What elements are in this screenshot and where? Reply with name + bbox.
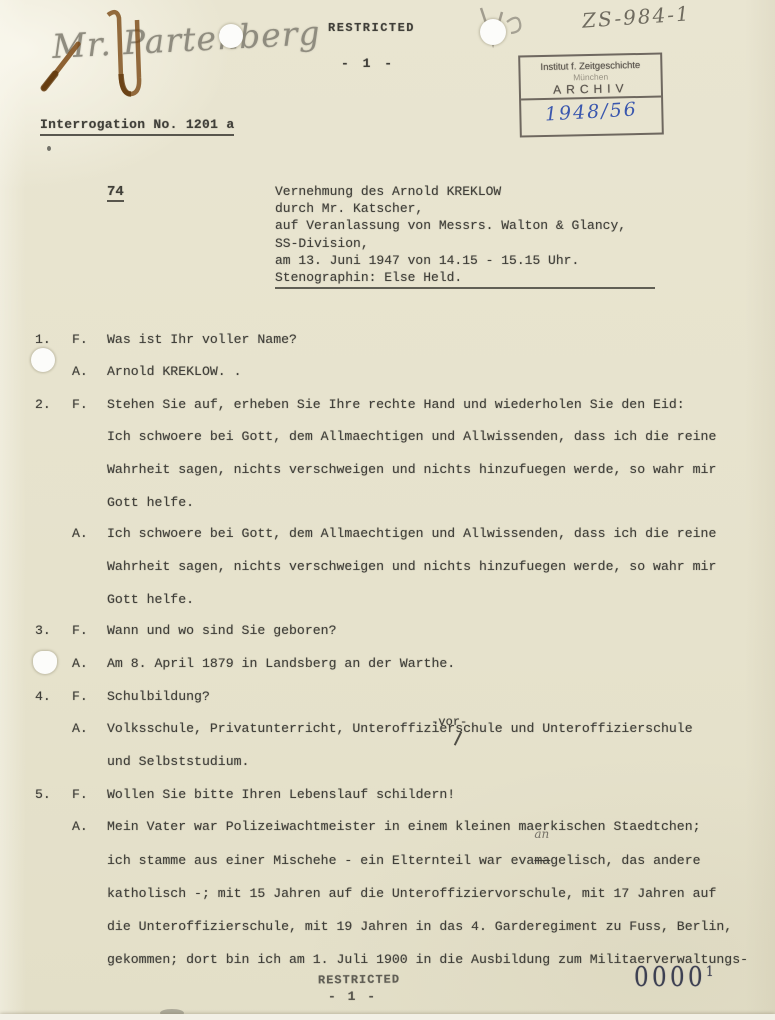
classification-top: RESTRICTED	[328, 21, 415, 35]
hole-punch	[33, 651, 57, 674]
header-line-subject: Vernehmung des Arnold KREKLOW	[275, 183, 655, 200]
page-number-bottom: - 1 -	[328, 989, 377, 1004]
text-segment: gelisch, das andere	[550, 853, 700, 868]
text-segment: schule und Unteroffizierschule	[455, 721, 692, 736]
header-line-datetime: am 13. Juni 1947 von 14.15 - 15.15 Uhr.	[275, 252, 655, 269]
typed-insertion-vor: -vor-	[431, 715, 467, 729]
text-segment: ich stamme aus einer Mischehe - ein Elte…	[107, 853, 534, 868]
pencil-correction-an: an	[534, 827, 549, 841]
ink-speck	[47, 146, 51, 151]
scan-bottom-edge	[0, 1014, 775, 1020]
hole-punch	[219, 24, 243, 48]
document-page: Mr. Partenberg RESTRICTED - 1 - ZS-984-1…	[0, 0, 775, 1020]
header-line-stenographer: Stenographin: Else Held.	[275, 269, 655, 289]
document-title: Interrogation No. 1201 a	[40, 117, 234, 136]
text-segment: Volksschule, Privatunterricht, Unteroffi…	[107, 721, 455, 736]
serial-number-stamp: 00001	[634, 962, 714, 993]
exhibit-number: 74	[107, 184, 124, 202]
header-line-requested-by: auf Veranlassung von Messrs. Walton & Gl…	[275, 217, 655, 234]
struck-letters: ma	[534, 853, 550, 868]
archive-stamp-archiv: ARCHIV	[521, 81, 661, 98]
handwritten-file-reference: ZS-984-1	[581, 1, 691, 33]
hole-punch	[31, 348, 55, 372]
serial-number-sup: 1	[706, 964, 714, 980]
header-line-interrogator: durch Mr. Katscher,	[275, 200, 655, 217]
hole-punch	[480, 19, 506, 45]
page-number-top: - 1 -	[341, 56, 395, 71]
correction-mark: anma	[534, 853, 550, 868]
header-line-division: SS-Division,	[275, 235, 655, 252]
paperclip-rust-mark	[38, 8, 158, 113]
interrogation-header-block: Vernehmung des Arnold KREKLOW durch Mr. …	[275, 183, 655, 289]
archive-stamp-number: 1948/56	[521, 97, 662, 127]
archive-stamp: Institut f. Zeitgeschichte München ARCHI…	[518, 53, 664, 138]
classification-bottom: RESTRICTED	[318, 973, 400, 988]
